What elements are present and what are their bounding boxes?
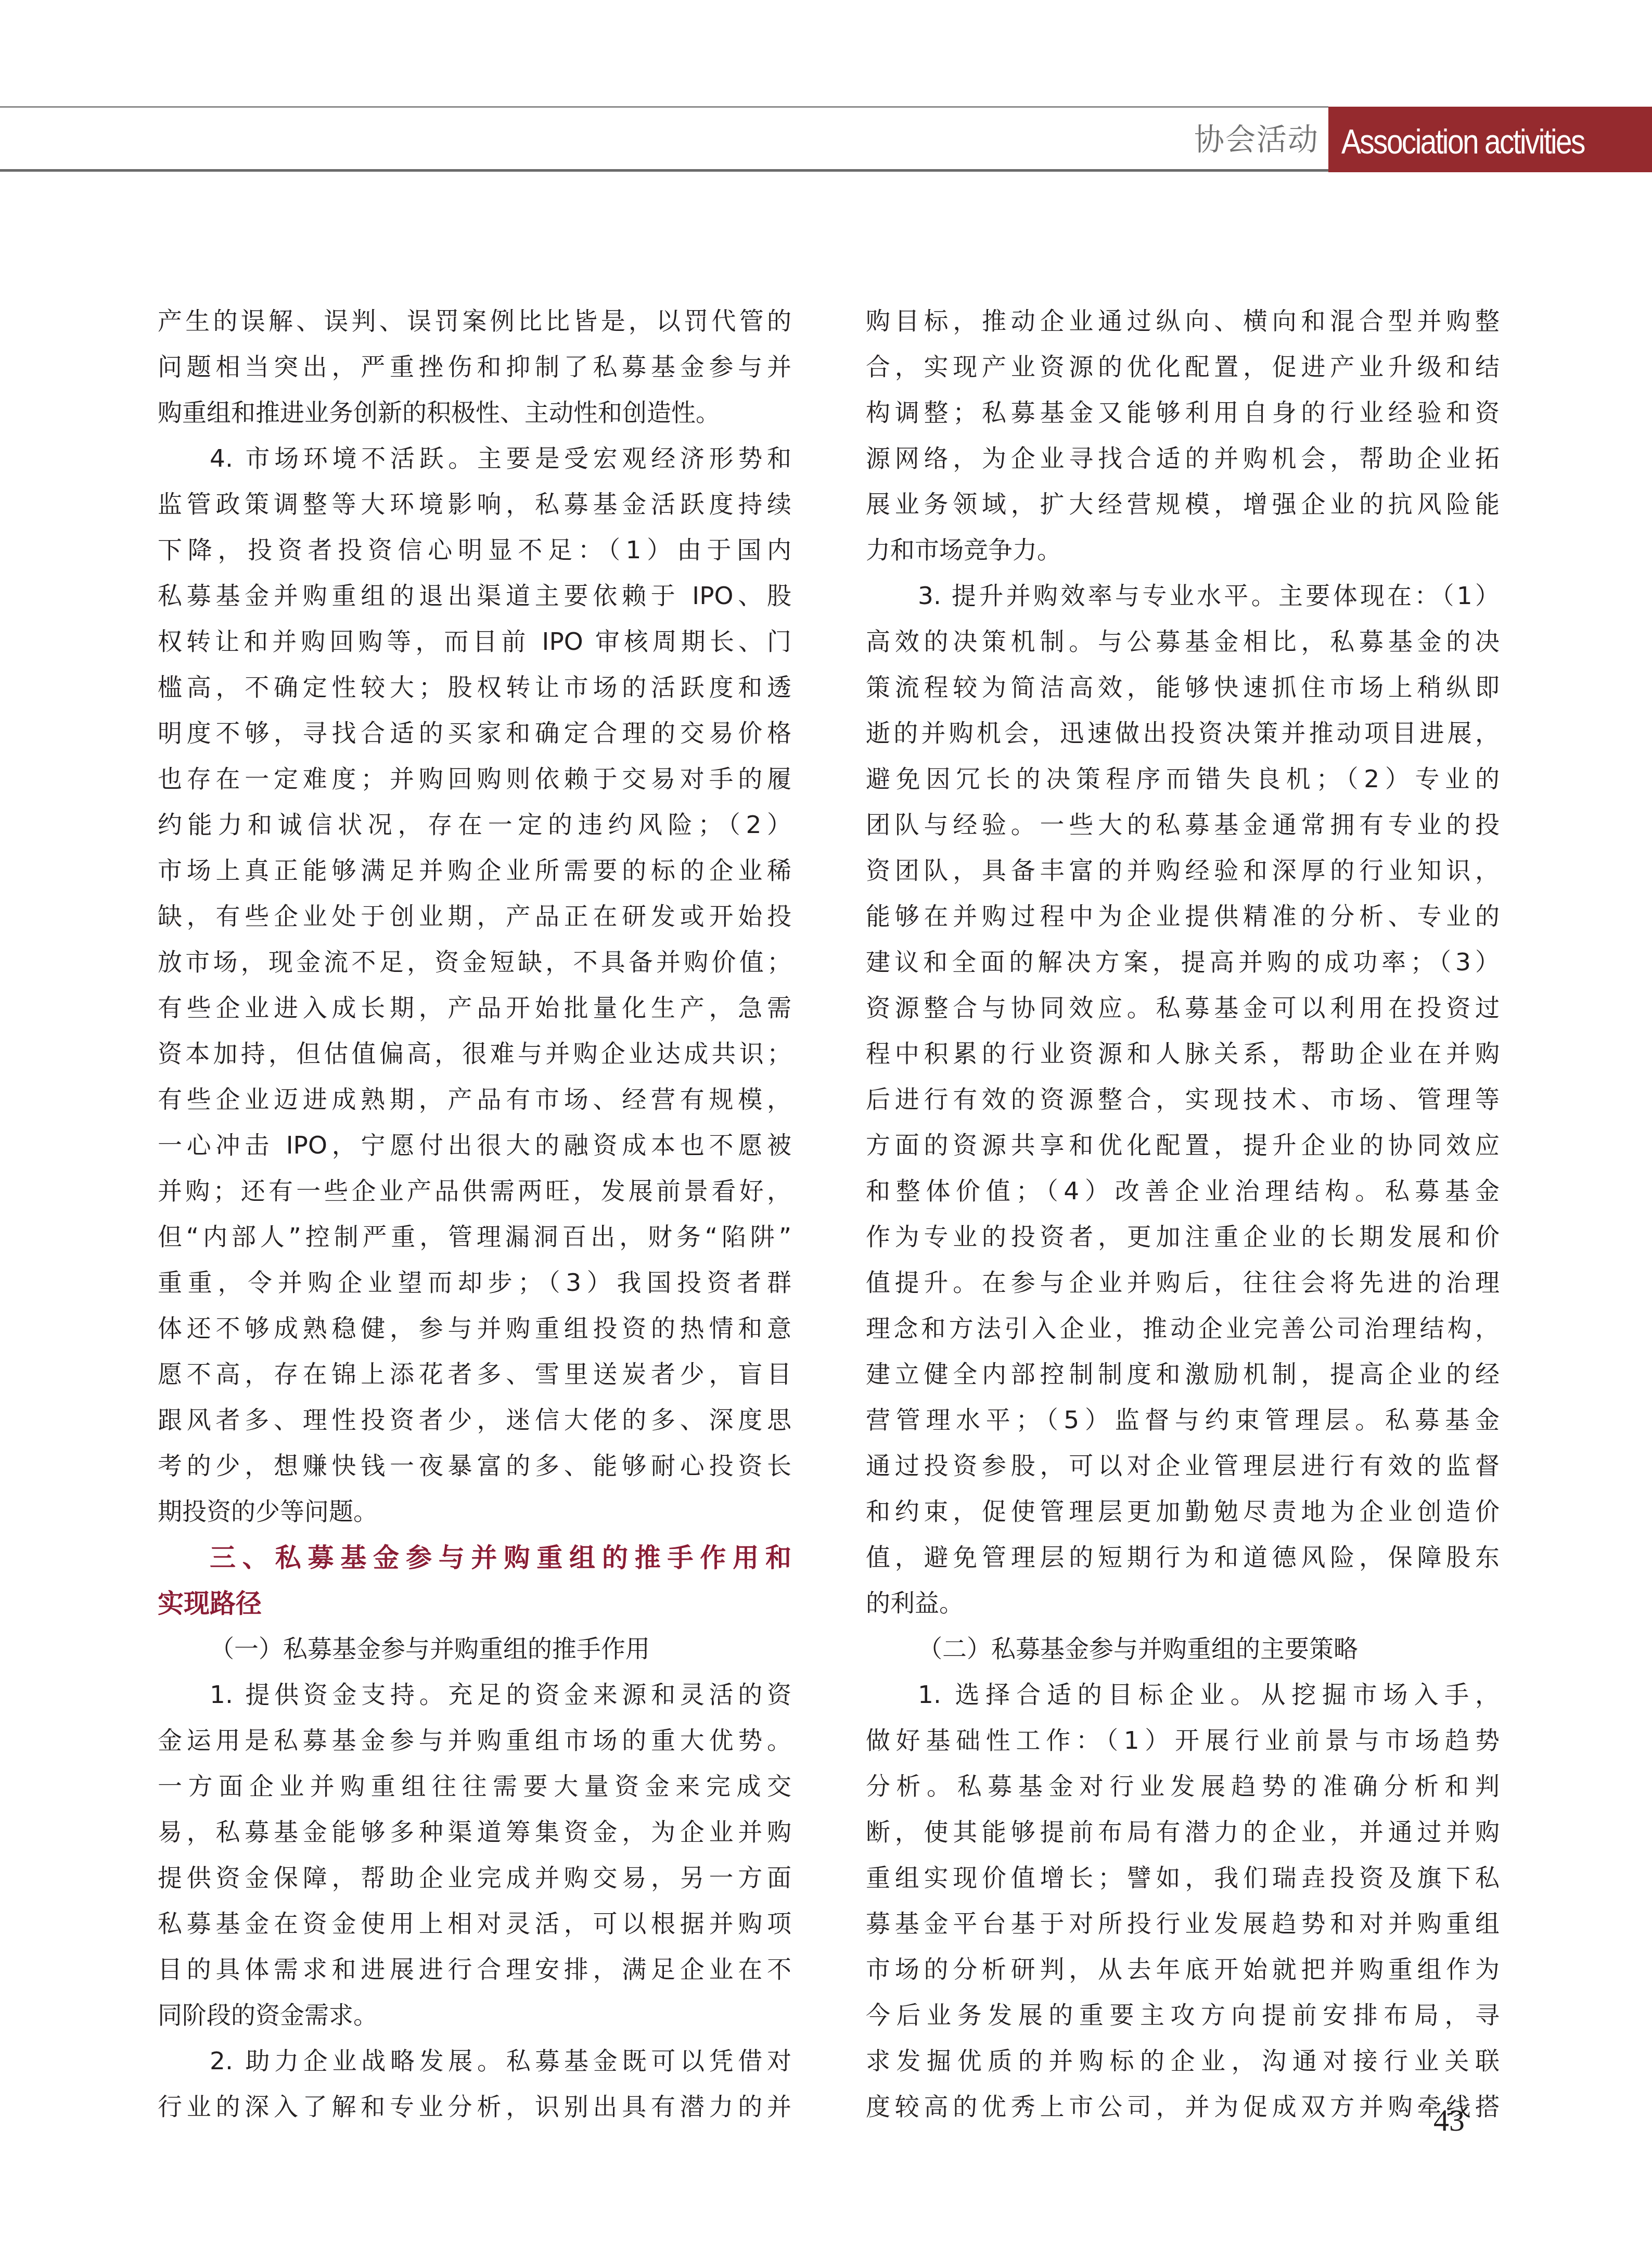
body-text-line: 和约束，促使管理层更加勤勉尽责地为企业创造价 — [866, 1489, 1500, 1535]
paragraph-first-line: 2. 助力企业战略发展。私募基金既可以凭借对 — [158, 2039, 791, 2084]
body-text-line: 理念和方法引入企业，推动企业完善公司治理结构， — [866, 1306, 1500, 1352]
body-text-line: 建议和全面的解决方案，提高并购的成功率；（3） — [866, 940, 1500, 985]
paragraph-first-line: 4. 市场环境不活跃。主要是受宏观经济形势和 — [158, 436, 791, 482]
body-text-line: 问题相当突出，严重挫伤和抑制了私募基金参与并 — [158, 344, 791, 390]
body-text-line: 合，实现产业资源的优化配置，促进产业升级和结 — [866, 344, 1500, 390]
paragraph-last-line: 同阶段的资金需求。 — [158, 1993, 791, 2039]
body-text-line: 团队与经验。一些大的私募基金通常拥有专业的投 — [866, 802, 1500, 848]
section-title-english: Association activities — [1341, 121, 1584, 162]
body-text-line: 有些企业迈进成熟期，产品有市场、经营有规模， — [158, 1077, 791, 1123]
body-text-line: 营管理水平；（5）监督与约束管理层。私募基金 — [866, 1398, 1500, 1443]
body-text-line: 市场的分析研判，从去年底开始就把并购重组作为 — [866, 1947, 1500, 1993]
body-text-line: 资源整合与协同效应。私募基金可以利用在投资过 — [866, 985, 1500, 1031]
body-text-line: 易，私募基金能够多种渠道筹集资金，为企业并购 — [158, 1810, 791, 1855]
body-text-line: 避免因冗长的决策程序而错失良机；（2）专业的 — [866, 757, 1500, 802]
left-text-column: 产生的误解、误判、误罚案例比比皆是，以罚代管的问题相当突出，严重挫伤和抑制了私募… — [158, 299, 791, 2130]
body-text-line: 和整体价值；（4）改善企业治理结构。私募基金 — [866, 1169, 1500, 1214]
body-text-line: 考的少，想赚快钱一夜暴富的多、能够耐心投资长 — [158, 1443, 791, 1489]
body-text-line: 作为专业的投资者，更加注重企业的长期发展和价 — [866, 1214, 1500, 1260]
header-top-rule — [0, 106, 1328, 108]
body-text-line: 度较高的优秀上市公司，并为促成双方并购牵线搭 — [866, 2084, 1500, 2130]
body-text-line: 建立健全内部控制制度和激励机制，提高企业的经 — [866, 1352, 1500, 1398]
subsection-heading: （二）私募基金参与并购重组的主要策略 — [866, 1626, 1500, 1672]
paragraph-first-line: 1. 选择合适的目标企业。从挖掘市场入手， — [866, 1672, 1500, 1718]
body-text-line: 市场上真正能够满足并购企业所需要的标的企业稀 — [158, 848, 791, 894]
body-text-line: 一心冲击 IPO，宁愿付出很大的融资成本也不愿被 — [158, 1123, 791, 1169]
body-text-line: 断，使其能够提前布局有潜力的企业，并通过并购 — [866, 1810, 1500, 1855]
body-text-line: 缺，有些企业处于创业期，产品正在研发或开始投 — [158, 894, 791, 940]
body-text-line: 重组实现价值增长；譬如，我们瑞垚投资及旗下私 — [866, 1855, 1500, 1901]
body-text-line: 产生的误解、误判、误罚案例比比皆是，以罚代管的 — [158, 299, 791, 344]
body-text-line: 私募基金并购重组的退出渠道主要依赖于 IPO、股 — [158, 573, 791, 619]
body-text-line: 通过投资参股，可以对企业管理层进行有效的监督 — [866, 1443, 1500, 1489]
body-text-line: 目的具体需求和进展进行合理安排，满足企业在不 — [158, 1947, 791, 1993]
subsection-heading: （一）私募基金参与并购重组的推手作用 — [158, 1626, 791, 1672]
body-text-line: 值，避免管理层的短期行为和道德风险，保障股东 — [866, 1535, 1500, 1581]
body-text-line: 跟风者多、理性投资者少，迷信大佬的多、深度思 — [158, 1398, 791, 1443]
body-text-line: 提供资金保障，帮助企业完成并购交易，另一方面 — [158, 1855, 791, 1901]
body-text-line: 监管政策调整等大环境影响，私募基金活跃度持续 — [158, 482, 791, 528]
body-text-line: 值提升。在参与企业并购后，往往会将先进的治理 — [866, 1260, 1500, 1306]
body-text-line: 放市场，现金流不足，资金短缺，不具备并购价值； — [158, 940, 791, 985]
body-text-line: 构调整；私募基金又能够利用自身的行业经验和资 — [866, 390, 1500, 436]
body-text-line: 一方面企业并购重组往往需要大量资金来完成交 — [158, 1764, 791, 1810]
right-text-column: 购目标，推动企业通过纵向、横向和混合型并购整合，实现产业资源的优化配置，促进产业… — [866, 299, 1500, 2130]
body-text-line: 资团队，具备丰富的并购经验和深厚的行业知识， — [866, 848, 1500, 894]
body-text-line: 并购；还有一些企业产品供需两旺，发展前景看好， — [158, 1169, 791, 1214]
body-text-line: 权转让和并购回购等，而目前 IPO 审核周期长、门 — [158, 619, 791, 665]
body-text-line: 分析。私募基金对行业发展趋势的准确分析和判 — [866, 1764, 1500, 1810]
body-text-line: 约能力和诚信状况，存在一定的违约风险；（2） — [158, 802, 791, 848]
body-text-line: 重重，令并购企业望而却步；（3）我国投资者群 — [158, 1260, 791, 1306]
paragraph-last-line: 购重组和推进业务创新的积极性、主动性和创造性。 — [158, 390, 791, 436]
body-text-line: 今后业务发展的重要主攻方向提前安排布局，寻 — [866, 1993, 1500, 2039]
body-text-line: 金运用是私募基金参与并购重组市场的重大优势。 — [158, 1718, 791, 1764]
body-text-line: 购目标，推动企业通过纵向、横向和混合型并购整 — [866, 299, 1500, 344]
body-text-line: 行业的深入了解和专业分析，识别出具有潜力的并 — [158, 2084, 791, 2130]
body-text-line: 明度不够，寻找合适的买家和确定合理的交易价格 — [158, 711, 791, 757]
body-text-line: 资本加持，但估值偏高，很难与并购企业达成共识； — [158, 1031, 791, 1077]
section-title-chinese: 协会活动 — [1160, 119, 1319, 160]
body-text-line: 高效的决策机制。与公募基金相比，私募基金的决 — [866, 619, 1500, 665]
body-text-line: 也存在一定难度；并购回购则依赖于交易对手的履 — [158, 757, 791, 802]
section-heading: 三、私募基金参与并购重组的推手作用和 — [158, 1535, 791, 1581]
paragraph-first-line: 1. 提供资金支持。充足的资金来源和灵活的资 — [158, 1672, 791, 1718]
paragraph-last-line: 期投资的少等问题。 — [158, 1489, 791, 1535]
body-text-line: 展业务领域，扩大经营规模，增强企业的抗风险能 — [866, 482, 1500, 528]
body-text-line: 愿不高，存在锦上添花者多、雪里送炭者少，盲目 — [158, 1352, 791, 1398]
body-text-line: 募基金平台基于对所投行业发展趋势和对并购重组 — [866, 1901, 1500, 1947]
body-text-line: 槛高，不确定性较大；股权转让市场的活跃度和透 — [158, 665, 791, 711]
page-number: 43 — [1433, 2102, 1465, 2138]
paragraph-first-line: 3. 提升并购效率与专业水平。主要体现在：（1） — [866, 573, 1500, 619]
body-text-line: 程中积累的行业资源和人脉关系，帮助企业在并购 — [866, 1031, 1500, 1077]
section-heading: 实现路径 — [158, 1581, 791, 1626]
body-text-line: 源网络，为企业寻找合适的并购机会，帮助企业拓 — [866, 436, 1500, 482]
body-text-line: 做好基础性工作：（1）开展行业前景与市场趋势 — [866, 1718, 1500, 1764]
header-bottom-rule — [0, 169, 1328, 172]
body-text-line: 逝的并购机会，迅速做出投资决策并推动项目进展， — [866, 711, 1500, 757]
paragraph-last-line: 力和市场竞争力。 — [866, 528, 1500, 573]
body-text-line: 但“内部人”控制严重，管理漏洞百出，财务“陷阱” — [158, 1214, 791, 1260]
body-text-line: 求发掘优质的并购标的企业，沟通对接行业关联 — [866, 2039, 1500, 2084]
body-text-line: 方面的资源共享和优化配置，提升企业的协同效应 — [866, 1123, 1500, 1169]
body-text-line: 能够在并购过程中为企业提供精准的分析、专业的 — [866, 894, 1500, 940]
paragraph-last-line: 的利益。 — [866, 1581, 1500, 1626]
body-text-line: 下降，投资者投资信心明显不足：（1）由于国内 — [158, 528, 791, 573]
body-text-line: 有些企业进入成长期，产品开始批量化生产，急需 — [158, 985, 791, 1031]
body-text-line: 私募基金在资金使用上相对灵活，可以根据并购项 — [158, 1901, 791, 1947]
body-text-line: 后进行有效的资源整合，实现技术、市场、管理等 — [866, 1077, 1500, 1123]
body-text-line: 策流程较为简洁高效，能够快速抓住市场上稍纵即 — [866, 665, 1500, 711]
body-text-line: 体还不够成熟稳健，参与并购重组投资的热情和意 — [158, 1306, 791, 1352]
